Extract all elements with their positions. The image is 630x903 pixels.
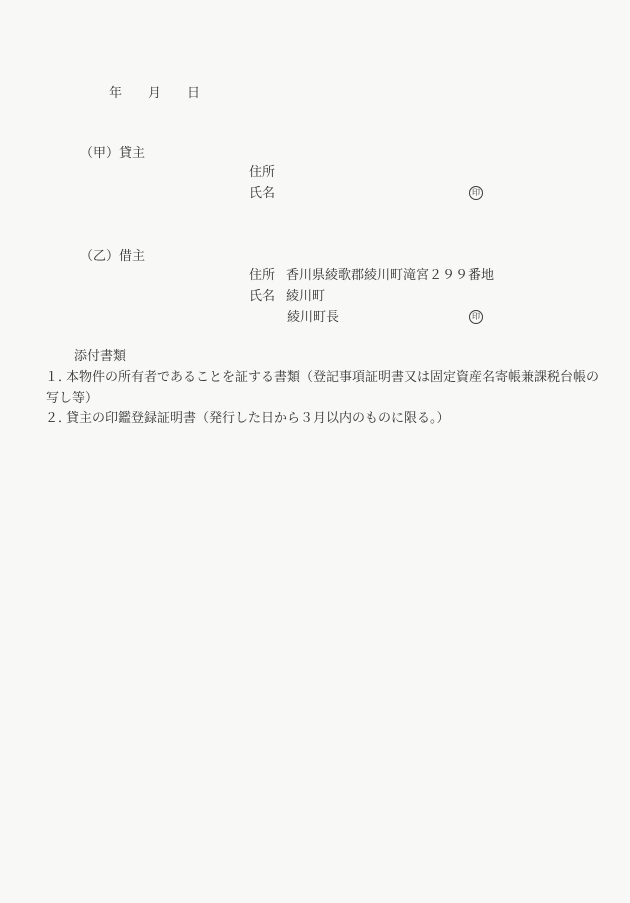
kou-inkan-seal-icon: 印	[469, 186, 483, 200]
otsu-address-value: 香川県綾歌郡綾川町滝宮２９９番地	[286, 268, 494, 284]
date-line: 年 月 日	[109, 86, 200, 102]
attachments-heading: 添付書類	[74, 349, 126, 365]
attachment-item1-text-line1: 本物件の所有者であることを証する書類（登記事項証明書又は固定資産名寄帳兼課税台帳…	[66, 370, 599, 386]
otsu-address-label: 住所	[249, 268, 275, 284]
kou-name-label: 氏名	[249, 186, 275, 202]
attachment-item1-text-line2: 写し等）	[46, 391, 98, 407]
party-kou-role-label: （甲）貸主	[80, 146, 145, 162]
otsu-name-label: 氏名	[249, 289, 275, 305]
otsu-signer-title: 綾川町長	[287, 310, 339, 326]
otsu-inkan-seal-icon: 印	[469, 310, 483, 324]
attachment-item2-text: 貸主の印鑑登録証明書（発行した日から３月以内のものに限る。）	[66, 411, 450, 427]
otsu-name-value: 綾川町	[286, 289, 325, 305]
kou-address-label: 住所	[249, 165, 275, 181]
contract-signature-page: 年 月 日 （甲）貸主 住所 氏名 印 （乙）借主 住所 香川県綾歌郡綾川町滝宮…	[0, 0, 630, 903]
party-otsu-role-label: （乙）借主	[80, 249, 145, 265]
